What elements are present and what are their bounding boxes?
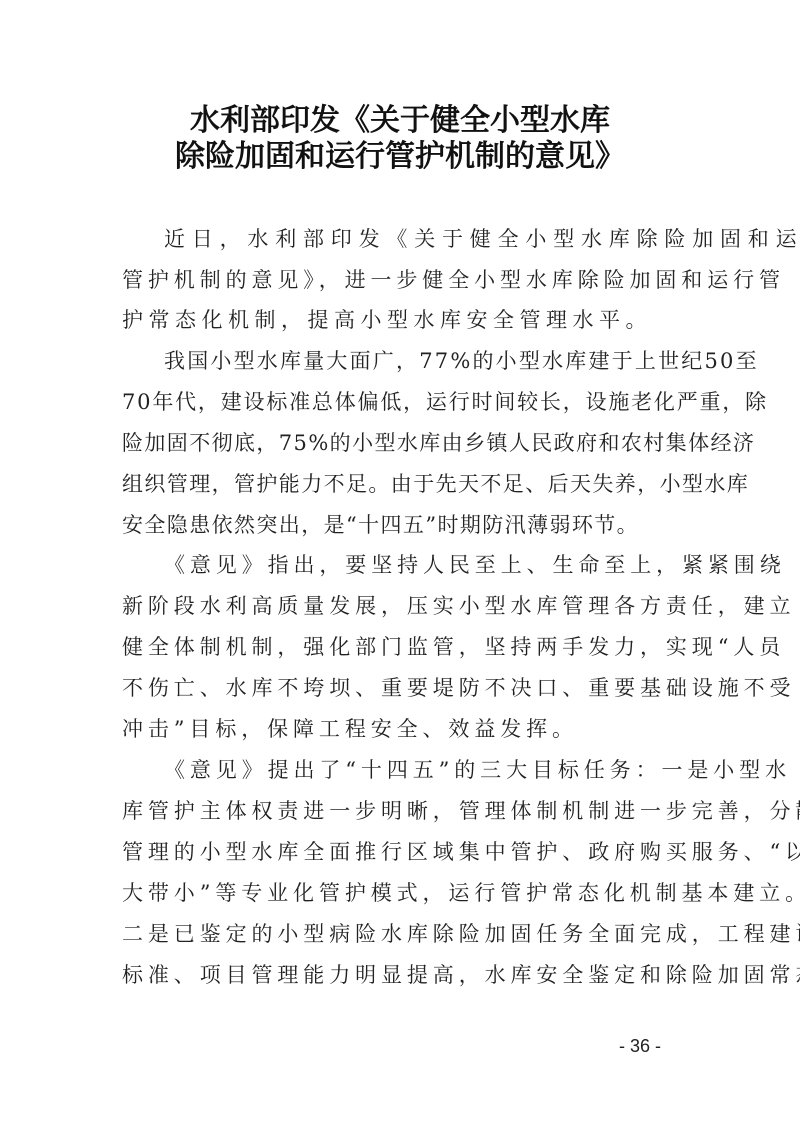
paragraph-2-line: 险加固不彻底，75%的小型水库由乡镇人民政府和农村集体经济 bbox=[122, 429, 682, 457]
paragraph-3-line: 冲击”目标，保障工程安全、效益发挥。 bbox=[122, 715, 682, 743]
paragraph-4-line: 《意见》提出了“十四五”的三大目标任务：一是小型水 bbox=[164, 756, 724, 784]
paragraph-3-line: 新阶段水利高质量发展，压实小型水库管理各方责任，建立 bbox=[122, 592, 682, 620]
document-page: 水利部印发《关于健全小型水库 除险加固和运行管护机制的意见》 近日，水利部印发《… bbox=[0, 0, 800, 1131]
paragraph-4-line: 库管护主体权责进一步明晰，管理体制机制进一步完善，分散 bbox=[122, 797, 682, 825]
paragraph-2-line: 安全隐患依然突出，是“十四五”时期防汛薄弱环节。 bbox=[122, 511, 682, 539]
page-number: - 36 - bbox=[600, 1036, 680, 1057]
document-title-line-2: 除险加固和运行管护机制的意见》 bbox=[0, 139, 800, 175]
paragraph-1-line: 护常态化机制，提高小型水库安全管理水平。 bbox=[122, 306, 682, 334]
paragraph-4-line: 二是已鉴定的小型病险水库除险加固任务全面完成，工程建设 bbox=[122, 920, 682, 948]
paragraph-2-line: 组织管理，管护能力不足。由于先天不足、后天失养，小型水库 bbox=[122, 470, 682, 498]
paragraph-3-line: 健全体制机制，强化部门监管，坚持两手发力，实现“人员 bbox=[122, 633, 682, 661]
paragraph-3-line: 《意见》指出，要坚持人民至上、生命至上，紧紧围绕 bbox=[164, 551, 724, 579]
paragraph-4-line: 标准、项目管理能力明显提高，水库安全鉴定和除险加固常态 bbox=[122, 961, 682, 989]
paragraph-2-line: 70年代，建设标准总体偏低，运行时间较长，设施老化严重，除 bbox=[122, 388, 682, 416]
paragraph-4-line: 大带小”等专业化管护模式，运行管护常态化机制基本建立。 bbox=[122, 879, 682, 907]
paragraph-1-line: 近日，水利部印发《关于健全小型水库除险加固和运行 bbox=[164, 225, 724, 253]
document-title-line-1: 水利部印发《关于健全小型水库 bbox=[0, 103, 800, 139]
paragraph-2-line: 我国小型水库量大面广，77%的小型水库建于上世纪50至 bbox=[164, 347, 724, 375]
paragraph-4-line: 管理的小型水库全面推行区域集中管护、政府购买服务、“以 bbox=[122, 838, 682, 866]
paragraph-3-line: 不伤亡、水库不垮坝、重要堤防不决口、重要基础设施不受 bbox=[122, 674, 682, 702]
paragraph-1-line: 管护机制的意见》，进一步健全小型水库除险加固和运行管 bbox=[122, 266, 682, 294]
